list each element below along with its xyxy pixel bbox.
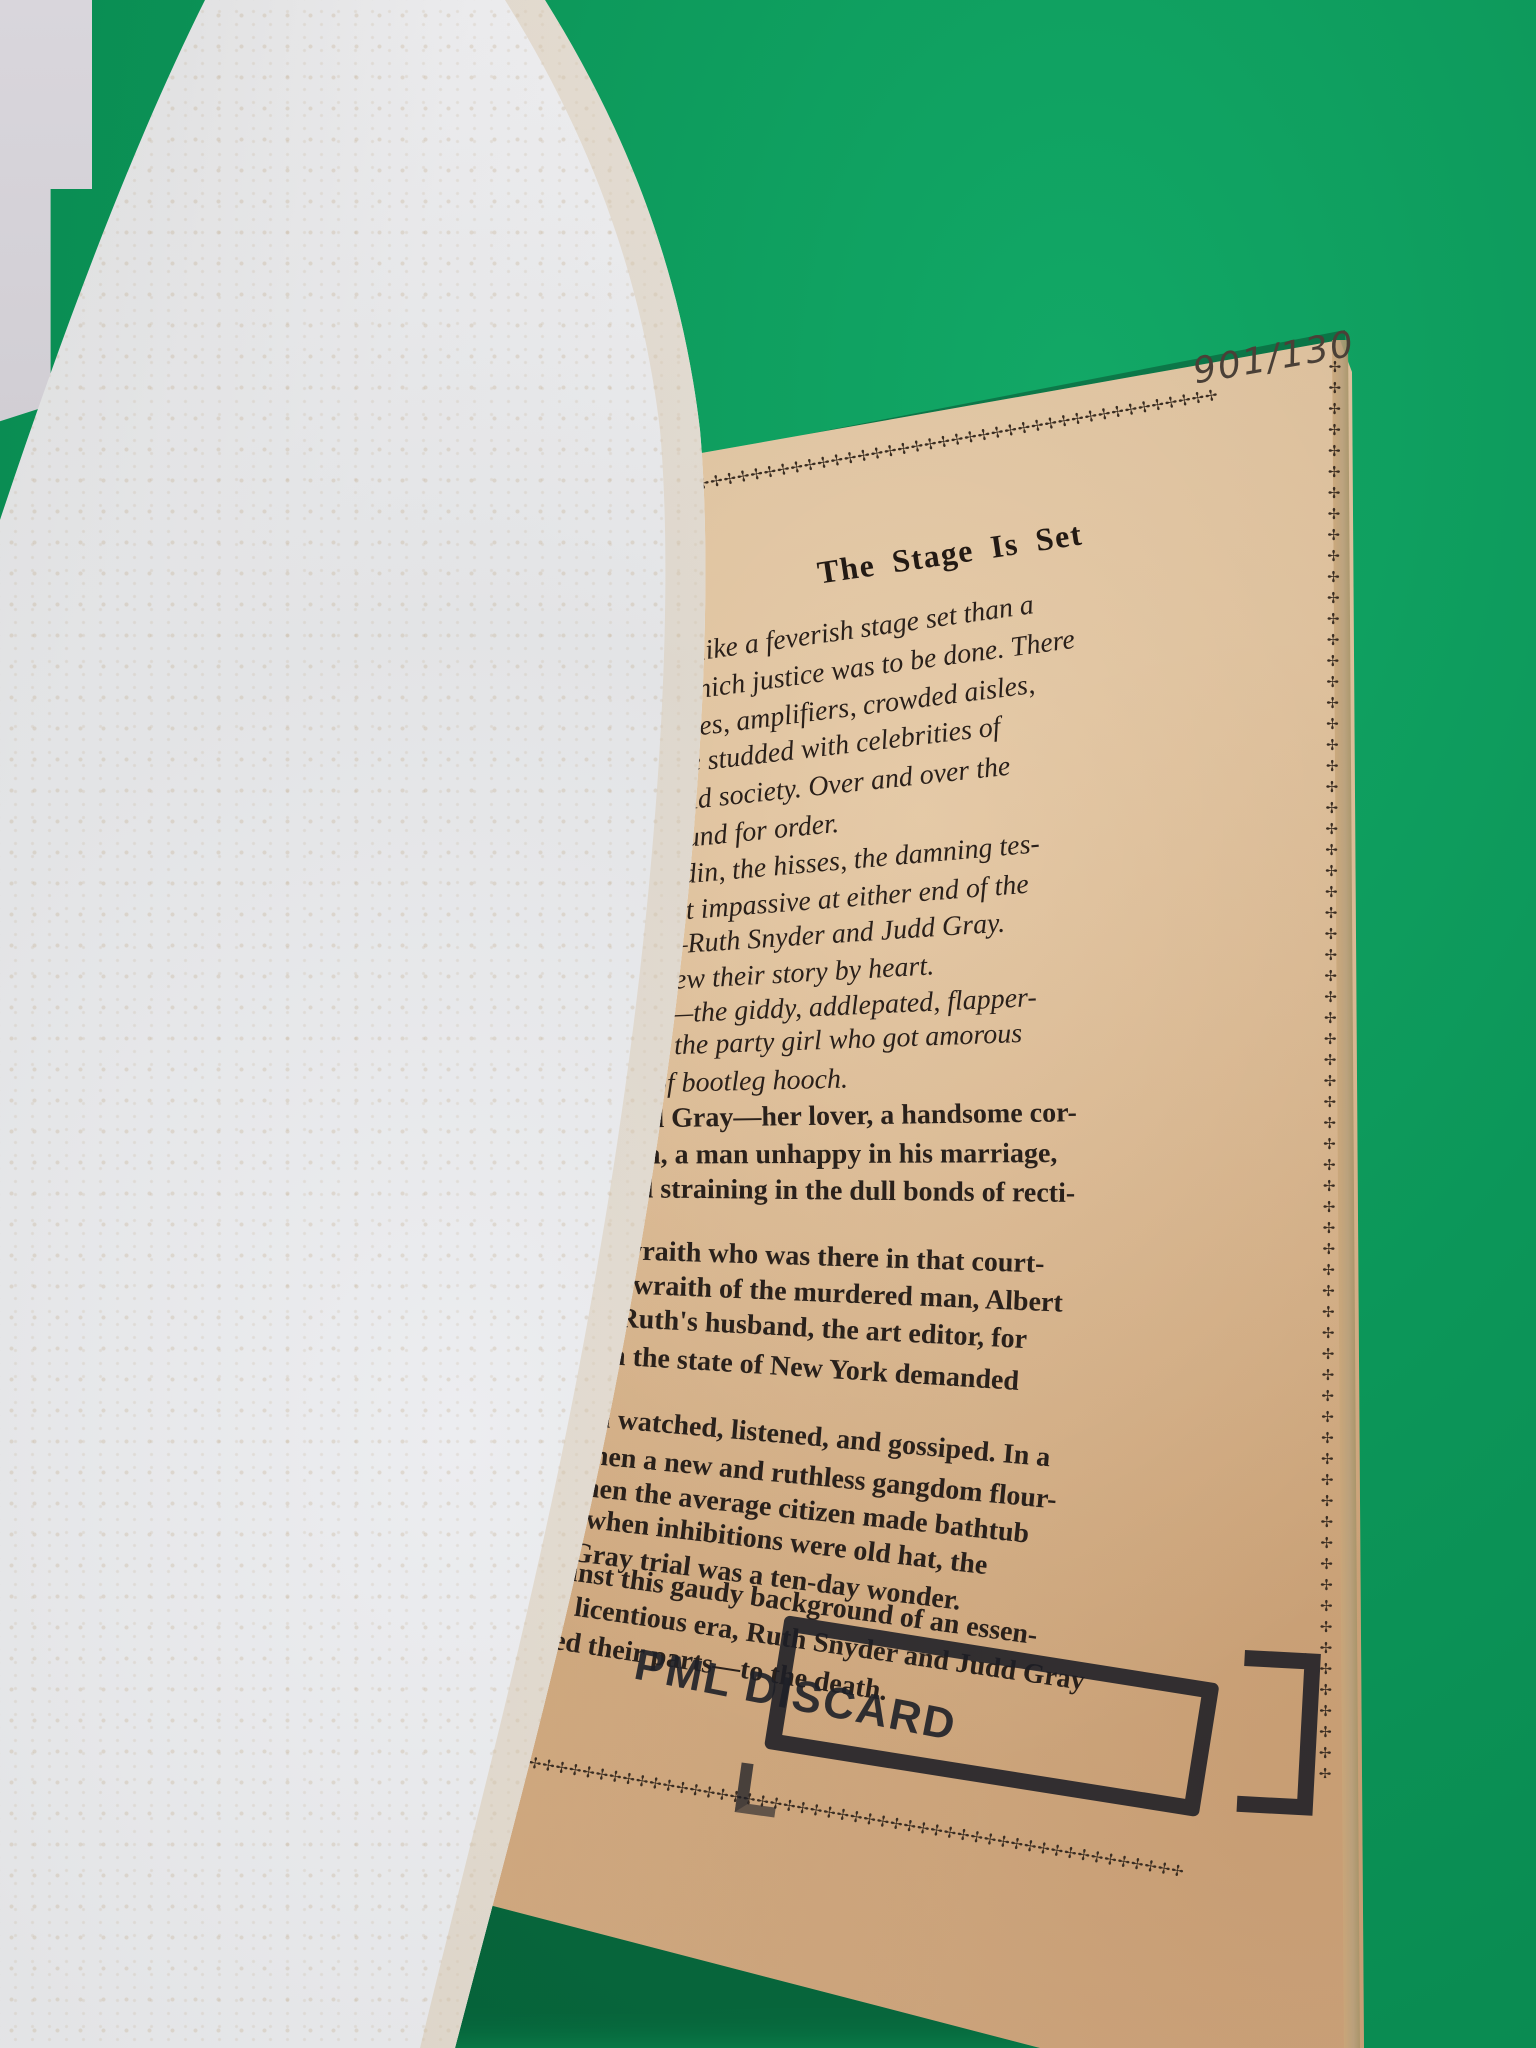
ornamental-border-right: ✢✢✢✢✢✢✢✢✢✢✢✢✢✢✢✢✢✢✢✢✢✢✢✢✢✢✢✢✢✢✢✢✢✢✢✢✢✢✢✢… xyxy=(1315,358,1345,1778)
stamp-bracket xyxy=(1237,1650,1321,1816)
page-title: The Stage Is Set xyxy=(815,515,1085,591)
ornamental-border-top: ✢✢✢✢✢✢✢✢✢✢✢✢✢✢✢✢✢✢✢✢✢✢✢✢✢✢✢✢✢✢✢✢✢✢✢✢✢✢✢✢ xyxy=(682,366,1335,496)
stamp-corner-mark xyxy=(735,1762,782,1817)
